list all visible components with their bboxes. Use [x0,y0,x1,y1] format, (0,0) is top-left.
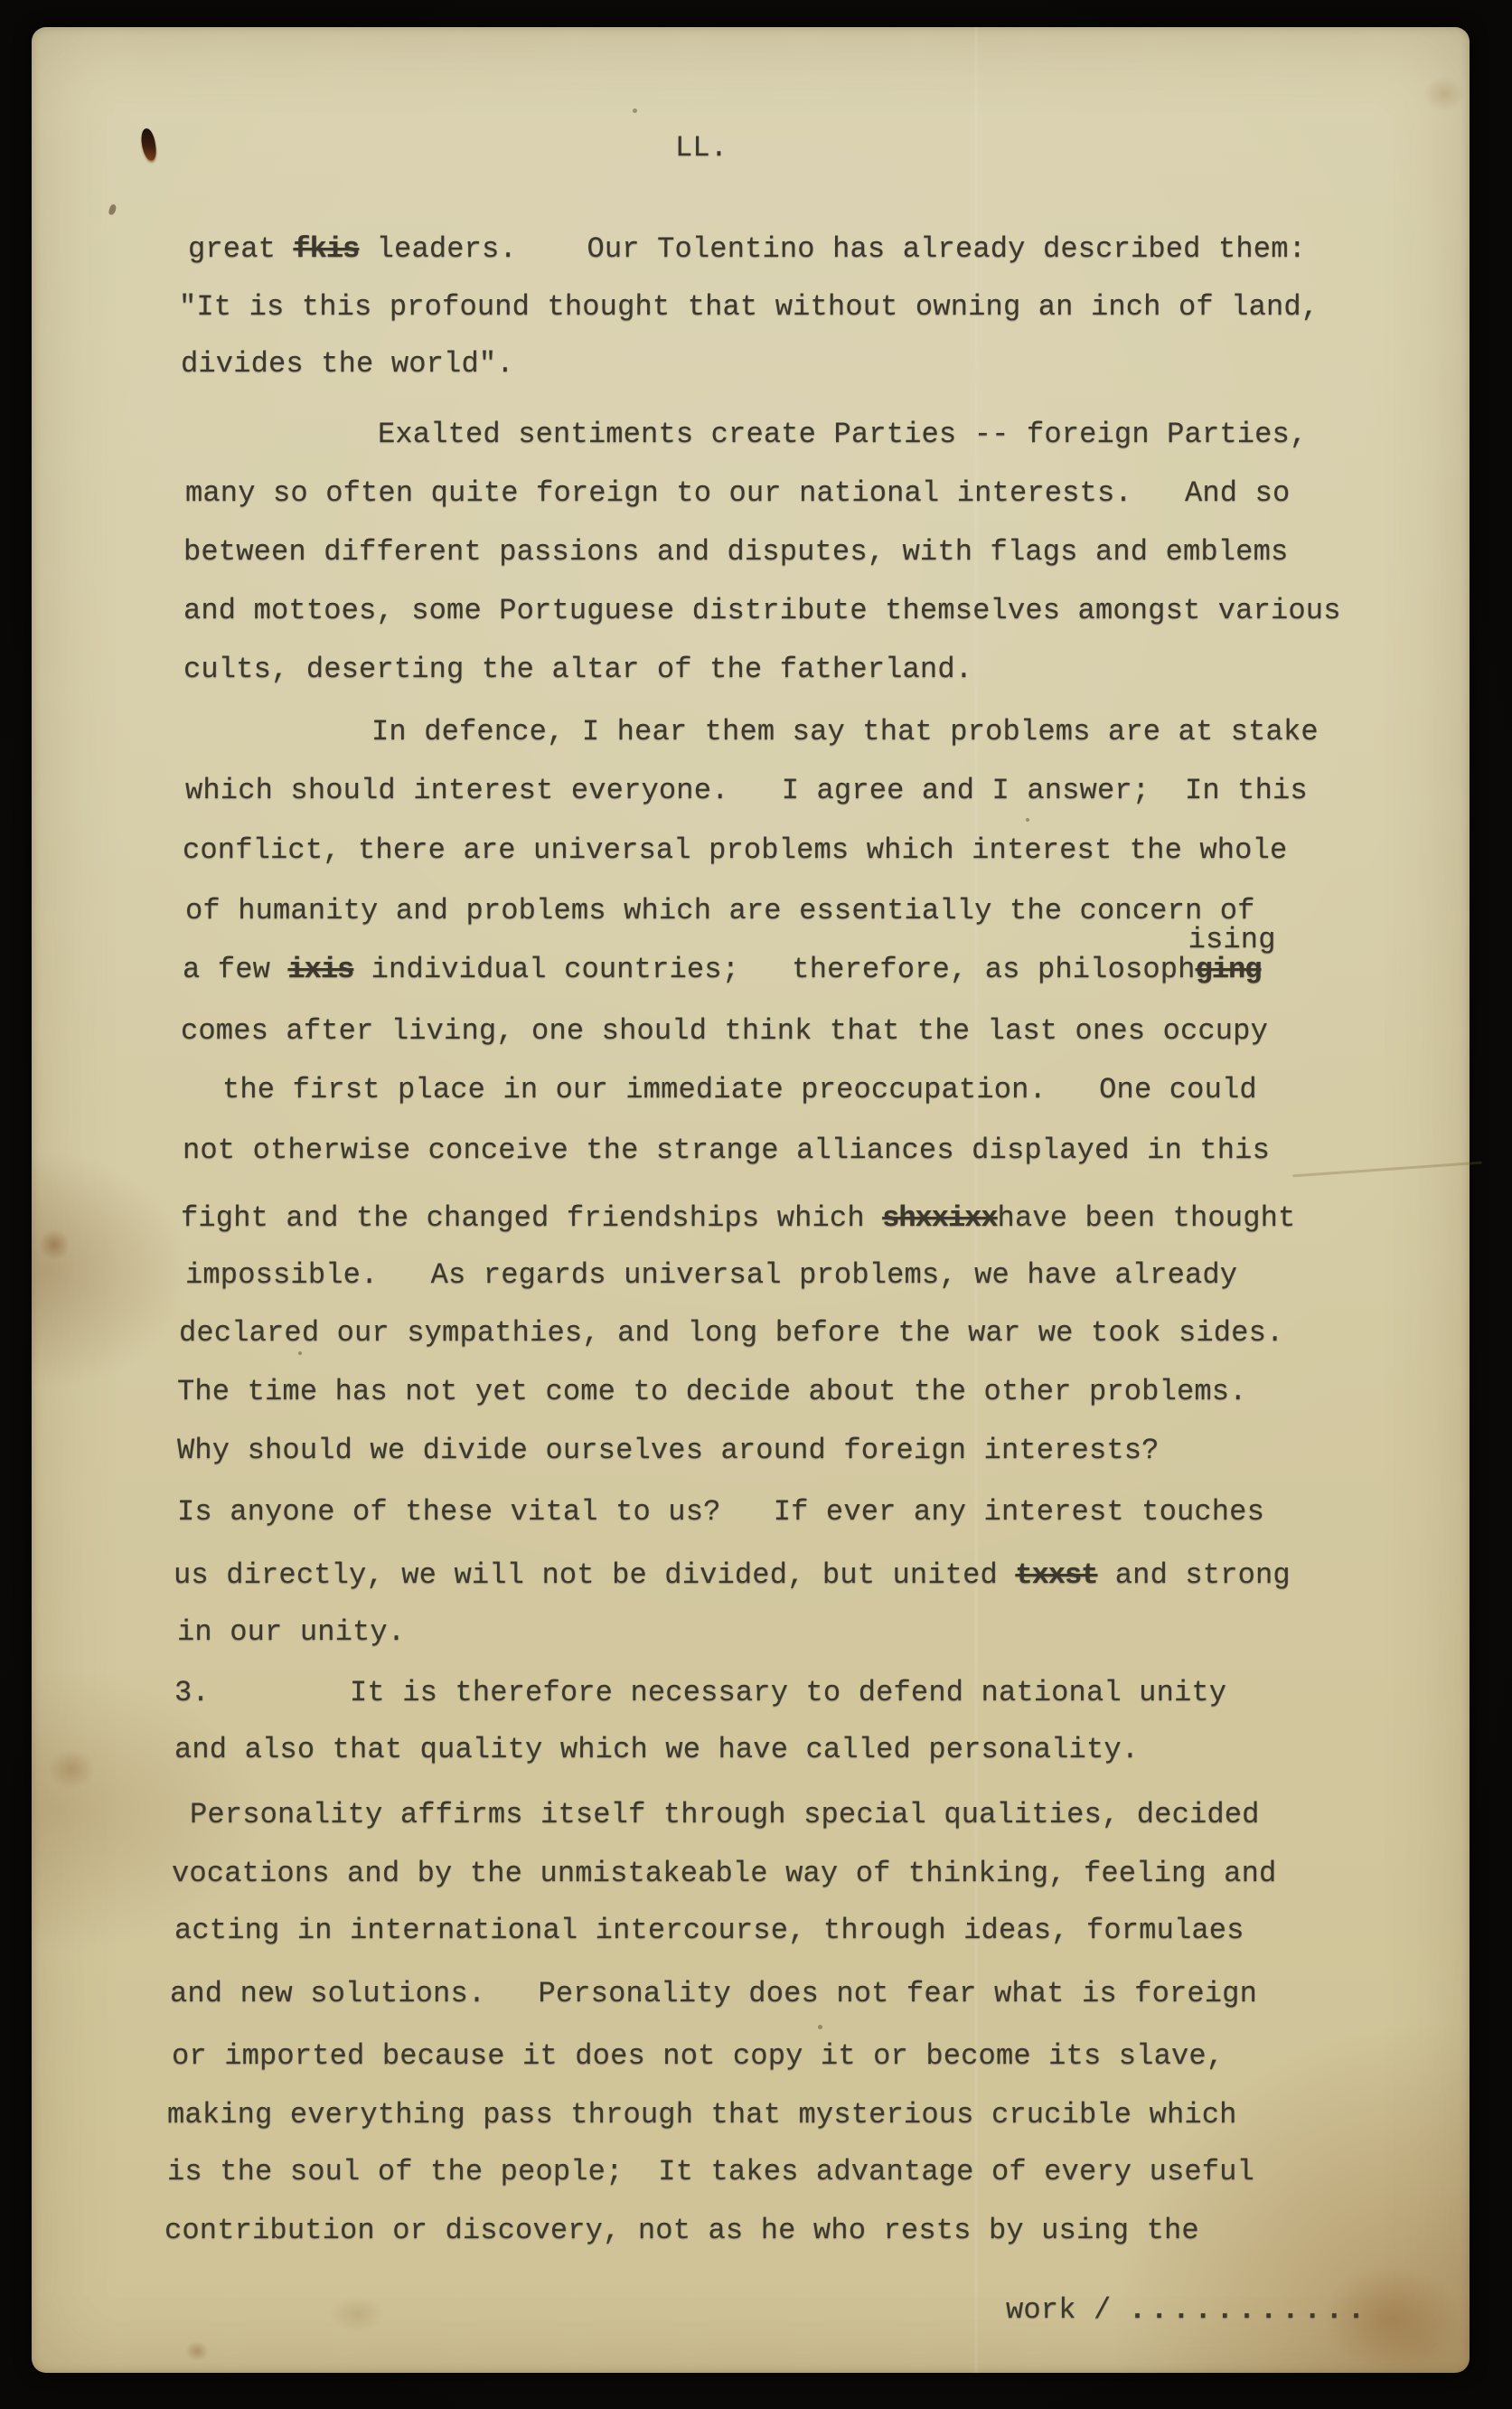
typed-text: individual countries; therefore, as phil… [353,953,1195,986]
typed-text: comes after living, one should think tha… [181,1014,1268,1048]
typed-line: not otherwise conceive the strange allia… [183,1134,1270,1168]
typed-line: Is anyone of these vital to us? If ever … [177,1496,1264,1529]
typed-line: and new solutions. Personality does not … [170,1978,1257,2011]
typed-text: acting in international intercourse, thr… [174,1914,1244,1947]
typed-line: Exalted sentiments create Parties -- for… [378,419,1307,452]
typed-line: work / ........... [1006,2294,1369,2328]
typed-text: Why should we divide ourselves around fo… [177,1434,1160,1467]
typed-text: a few [183,953,287,986]
typed-text: work / [1006,2293,1129,2327]
struck-text: ixis [287,953,353,986]
typed-line: of humanity and problems which are essen… [185,895,1255,928]
typed-text: making everything pass through that myst… [167,2098,1237,2131]
typed-text: conflict, there are universal problems w… [183,833,1287,867]
typed-line: between different passions and disputes,… [183,536,1288,569]
typed-text: which should interest everyone. I agree … [185,774,1308,807]
typed-text: Personality affirms itself through speci… [190,1798,1260,1831]
typed-line: and also that quality which we have call… [174,1734,1139,1767]
typed-line: comes after living, one should think tha… [181,1015,1268,1049]
typed-text: Exalted sentiments create Parties -- for… [378,418,1307,451]
typed-correction: gingising [1196,954,1262,987]
typed-text: fight and the changed friendships which [181,1201,882,1235]
typed-text: us directly, we will not be divided, but… [174,1558,1015,1592]
typed-text: Is anyone of these vital to us? If ever … [177,1495,1264,1529]
typed-line: The time has not yet come to decide abou… [177,1376,1247,1409]
typed-line: declared our sympathies, and long before… [179,1317,1283,1350]
typed-text: great [188,232,293,266]
typed-text: impossible. As regards universal problem… [185,1258,1237,1292]
typed-line: cults, deserting the altar of the father… [183,654,972,687]
typed-text: of humanity and problems which are essen… [185,894,1255,927]
typed-line: a few ixis individual countries; therefo… [183,954,1261,987]
typed-text: contribution or discovery, not as he who… [164,2214,1199,2247]
typed-line: Personality affirms itself through speci… [190,1799,1260,1832]
typed-line: us directly, we will not be divided, but… [174,1559,1291,1593]
typed-text: declared our sympathies, and long before… [179,1316,1283,1350]
typed-line: is the soul of the people; It takes adva… [167,2156,1254,2189]
typed-text: and also that quality which we have call… [174,1733,1139,1766]
struck-text: ging [1196,953,1262,986]
typed-line: 3. It is therefore necessary to defend n… [174,1677,1226,1710]
scan-background: LL. great fkis leaders. Our Tolentino ha… [0,0,1512,2409]
typed-text: cults, deserting the altar of the father… [183,653,972,686]
typed-line: making everything pass through that myst… [167,2099,1237,2132]
typed-line: and mottoes, some Portuguese distribute … [183,595,1341,628]
typed-line: conflict, there are universal problems w… [183,834,1287,868]
typed-text: and mottoes, some Portuguese distribute … [183,594,1341,627]
typed-text: leaders. Our Tolentino has already descr… [359,232,1306,266]
typed-line: in our unity. [177,1616,405,1650]
struck-text: shxxixx [882,1201,997,1235]
typed-text: 3. It is therefore necessary to defend n… [174,1676,1226,1709]
typed-line: In defence, I hear them say that problem… [371,716,1319,749]
typed-text: not otherwise conceive the strange allia… [183,1134,1270,1167]
typed-line: "It is this profound thought that withou… [179,291,1319,325]
typed-text: is the soul of the people; It takes adva… [167,2155,1254,2188]
typed-text: In defence, I hear them say that problem… [371,715,1319,748]
typed-text: have been thought [998,1201,1296,1235]
typed-line: divides the world". [181,348,514,381]
typed-line: vocations and by the unmistakeable way o… [172,1858,1276,1891]
typed-text: divides the world". [181,347,514,381]
typed-line: impossible. As regards universal problem… [185,1259,1237,1293]
typed-line: Why should we divide ourselves around fo… [177,1435,1160,1468]
typed-text: many so often quite foreign to our natio… [185,476,1290,510]
typed-text: and new solutions. Personality does not … [170,1977,1257,2010]
typed-text: the first place in our immediate preoccu… [222,1073,1257,1106]
typed-line: great fkis leaders. Our Tolentino has al… [188,233,1306,267]
typed-text-block: LL. great fkis leaders. Our Tolentino ha… [0,0,1512,2409]
typed-line: many so often quite foreign to our natio… [185,477,1290,511]
typed-line: fight and the changed friendships which … [181,1202,1295,1236]
typed-text: or imported because it does not copy it … [172,2039,1224,2073]
catchword-dots: ........... [1129,2293,1369,2327]
typed-text: in our unity. [177,1615,405,1649]
page-number: LL. [675,132,728,165]
typed-text: vocations and by the unmistakeable way o… [172,1857,1276,1890]
typed-line: the first place in our immediate preoccu… [222,1074,1257,1107]
typed-line: contribution or discovery, not as he who… [164,2215,1199,2248]
typed-text: and strong [1097,1558,1290,1592]
typed-text: between different passions and disputes,… [183,535,1288,569]
typed-line: which should interest everyone. I agree … [185,775,1308,808]
superscript-correction: ising [1188,924,1276,957]
typed-text: The time has not yet come to decide abou… [177,1375,1247,1408]
typed-line: or imported because it does not copy it … [172,2040,1224,2074]
struck-text: txxst [1015,1558,1097,1592]
typed-line: acting in international intercourse, thr… [174,1915,1244,1948]
typed-text: "It is this profound thought that withou… [179,290,1319,324]
struck-text: fkis [293,232,359,266]
